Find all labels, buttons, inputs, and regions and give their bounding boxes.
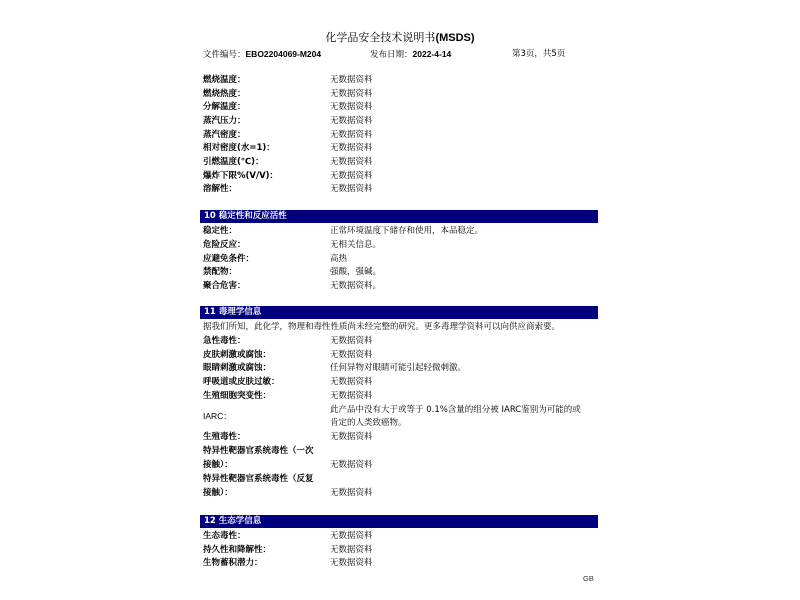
document-number: 文件编号：EBO2204069-M204 — [203, 48, 321, 61]
iarc-value: 此产品中没有大于或等于 0.1%含量的组分被 IARC鉴别为可能的或肯定的人类致… — [330, 404, 600, 430]
row-value: 无数据资料 — [330, 335, 373, 347]
section-header-toxicology: 11 毒理学信息 — [200, 306, 598, 319]
footer-mark: GB — [583, 574, 594, 583]
section-header-ecology: 12 生态学信息 — [200, 515, 598, 528]
row-label: 引燃温度(℃)： — [203, 156, 264, 168]
row-label: 聚合危害： — [203, 280, 246, 292]
row-value: 无数据资料 — [330, 530, 373, 542]
row-label: 皮肤刺激或腐蚀： — [203, 349, 271, 361]
row-label: 溶解性： — [203, 183, 237, 195]
row-label: 呼吸道或皮肤过敏： — [203, 376, 280, 388]
row-value: 无数据资料 — [330, 349, 373, 361]
row-value: 无数据资料 — [330, 183, 373, 195]
row-label: 燃烧热度： — [203, 88, 246, 100]
row-value: 无数据资料 — [330, 544, 373, 556]
row-label: 禁配物： — [203, 266, 237, 278]
row-label: 相对密度(水=1)： — [203, 142, 275, 154]
publish-date: 发布日期：2022-4-14 — [370, 48, 451, 61]
row-value: 无数据资料 — [330, 459, 373, 471]
row-label: 蒸汽压力： — [203, 115, 246, 127]
row-value: 强酸，强碱。 — [330, 266, 381, 278]
row-value: 无相关信息。 — [330, 239, 381, 251]
row-label: 接触）： — [203, 459, 233, 471]
doc-no-label: 文件编号： — [203, 50, 246, 60]
row-label: 生殖毒性： — [203, 431, 246, 443]
row-label: 蒸汽密度： — [203, 129, 246, 141]
row-value: 高热 — [330, 253, 347, 265]
row-value: 无数据资料 — [330, 170, 373, 182]
row-label: IARC： — [203, 410, 232, 422]
row-label: 特异性靶器官系统毒性（反复 — [203, 473, 314, 485]
section-header-stability: 10 稳定性和反应活性 — [200, 210, 598, 223]
row-value: 无数据资料 — [330, 88, 373, 100]
row-label: 生态毒性： — [203, 530, 246, 542]
toxicology-intro: 据我们所知，此化学，物理和毒性性质尚未经完整的研究。更多毒理学资料可以向供应商索… — [203, 321, 560, 333]
row-label: 生殖细胞突变性： — [203, 390, 271, 402]
row-label: 特异性靶器官系统毒性（一次 — [203, 445, 314, 457]
row-label: 生物蓄积潜力： — [203, 557, 263, 569]
row-value: 无数据资料 — [330, 142, 373, 154]
row-value: 无数据资料 — [330, 487, 373, 499]
row-label: 稳定性： — [203, 225, 237, 237]
page-info: 第3页，共5页 — [512, 48, 565, 60]
iarc-line-1: 此产品中没有大于或等于 0.1%含量的组分被 IARC鉴别为可能的或 — [330, 404, 600, 417]
row-label: 接触）： — [203, 487, 233, 499]
row-value: 任何异物对眼睛可能引起轻微刺激。 — [330, 362, 466, 374]
document-page: 化学品安全技术说明书(MSDS) 文件编号：EBO2204069-M204 发布… — [0, 0, 800, 600]
row-value: 无数据资料 — [330, 74, 373, 86]
row-value: 无数据资料 — [330, 129, 373, 141]
row-value: 无数据资料 — [330, 115, 373, 127]
row-value: 无数据资料 — [330, 376, 373, 388]
row-label: 急性毒性： — [203, 335, 246, 347]
row-value: 正常环境温度下储存和使用，本品稳定。 — [330, 225, 483, 237]
row-value: 无数据资料 — [330, 156, 373, 168]
row-label: 燃烧温度： — [203, 74, 246, 86]
row-label: 分解温度： — [203, 101, 246, 113]
row-label: 眼睛刺激或腐蚀： — [203, 362, 271, 374]
row-value: 无数据资料 — [330, 431, 373, 443]
row-label: 持久性和降解性： — [203, 544, 271, 556]
row-value: 无数据资料 — [330, 557, 373, 569]
row-value: 无数据资料 — [330, 390, 373, 402]
title-cn: 化学品安全技术说明书 — [325, 31, 435, 44]
doc-no-value: EBO2204069-M204 — [246, 49, 322, 59]
row-label: 危险反应： — [203, 239, 246, 251]
date-label: 发布日期： — [370, 50, 413, 60]
row-label: 应避免条件： — [203, 253, 254, 265]
title-en: (MSDS) — [435, 32, 474, 44]
row-value: 无数据资料 — [330, 101, 373, 113]
iarc-line-2: 肯定的人类致癌物。 — [330, 417, 600, 430]
row-value: 无数据资料。 — [330, 280, 381, 292]
date-value: 2022-4-14 — [413, 49, 452, 59]
row-label: 爆炸下限%(V/V)： — [203, 170, 278, 182]
document-title: 化学品安全技术说明书(MSDS) — [0, 31, 800, 45]
